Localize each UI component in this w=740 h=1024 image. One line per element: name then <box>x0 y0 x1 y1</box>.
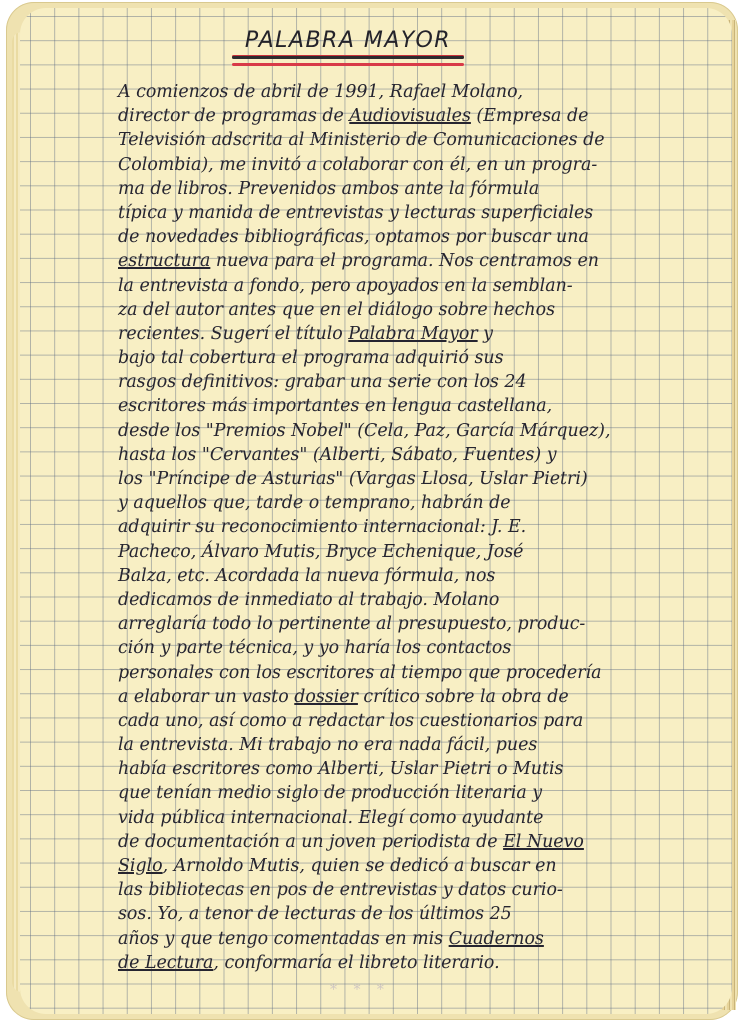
line-text: Televisión adscrita al Ministerio de Com… <box>118 130 605 150</box>
line-text: los "Príncipe de Asturias" (Vargas Llosa… <box>118 469 588 489</box>
line-text: y aquellos que, tarde o temprano, habrán… <box>118 493 511 513</box>
line-text: rasgos definitivos: grabar una serie con… <box>118 372 527 392</box>
line-text: sos. Yo, a tenor de lecturas de los últi… <box>118 904 512 924</box>
line-text: arreglaría todo lo pertinente al presupu… <box>118 614 585 634</box>
text-line: años y que tengo comentadas en mis Cuade… <box>118 927 722 951</box>
line-text: Balza, etc. Acordada la nueva fórmula, n… <box>118 566 495 586</box>
page-title-block: PALABRA MAYOR <box>232 28 464 66</box>
line-text: ma de libros. Prevenidos ambos ante la f… <box>118 179 539 199</box>
line-text: las bibliotecas en pos de entrevistas y … <box>118 880 563 900</box>
text-line: sos. Yo, a tenor de lecturas de los últi… <box>118 902 722 926</box>
line-text: desde los "Premios Nobel" (Cela, Paz, Ga… <box>118 421 611 441</box>
line-text: la entrevista. Mi trabajo no era nada fá… <box>118 735 537 755</box>
line-text: A comienzos de abril de 1991, Rafael Mol… <box>118 82 523 102</box>
line-text: adquirir su reconocimiento internacional… <box>118 517 526 537</box>
page-title: PALABRA MAYOR <box>232 28 464 53</box>
line-text: de novedades bibliográficas, optamos por… <box>118 227 589 247</box>
text-line: hasta los "Cervantes" (Alberti, Sábato, … <box>118 443 722 467</box>
text-line: rasgos definitivos: grabar una serie con… <box>118 370 722 394</box>
line-text: recientes. Sugerí el título <box>118 324 348 344</box>
text-line: Siglo, Arnoldo Mutis, quien se dedicó a … <box>118 854 722 878</box>
line-text: de documentación a un joven periodista d… <box>118 832 503 852</box>
underlined-text: Audiovisuales <box>349 106 471 126</box>
text-line: los "Príncipe de Asturias" (Vargas Llosa… <box>118 467 722 491</box>
text-line: de documentación a un joven periodista d… <box>118 830 722 854</box>
line-text: escritores más importantes en lengua cas… <box>118 396 552 416</box>
title-underline-black <box>232 56 464 59</box>
text-line: personales con los escritores al tiempo … <box>118 661 722 685</box>
line-text: cada uno, así como a redactar los cuesti… <box>118 711 583 731</box>
text-line: las bibliotecas en pos de entrevistas y … <box>118 878 722 902</box>
text-line: a elaborar un vasto dossier crítico sobr… <box>118 685 722 709</box>
text-line: za del autor antes que en el diálogo sob… <box>118 298 722 322</box>
text-line: que tenían medio siglo de producción lit… <box>118 781 722 805</box>
underlined-text: Cuadernos <box>449 929 544 949</box>
text-line: vida pública internacional. Elegí como a… <box>118 806 722 830</box>
line-text: hasta los "Cervantes" (Alberti, Sábato, … <box>118 445 557 465</box>
underlined-text: Palabra Mayor <box>348 324 477 344</box>
text-line: la entrevista. Mi trabajo no era nada fá… <box>118 733 722 757</box>
line-text: , Arnoldo Mutis, quien se dedicó a busca… <box>163 856 557 876</box>
underlined-text: estructura <box>118 251 210 271</box>
title-underline-red <box>232 63 464 66</box>
line-text: típica y manida de entrevistas y lectura… <box>118 203 593 223</box>
text-line: Colombia), me invitó a colaborar con él,… <box>118 153 722 177</box>
text-line: dedicamos de inmediato al trabajo. Molan… <box>118 588 722 612</box>
line-text: la entrevista a fondo, pero apoyados en … <box>118 276 573 296</box>
text-line: ma de libros. Prevenidos ambos ante la f… <box>118 177 722 201</box>
text-line: la entrevista a fondo, pero apoyados en … <box>118 274 722 298</box>
text-line: bajo tal cobertura el programa adquirió … <box>118 346 722 370</box>
line-text: ción y parte técnica, y yo haría los con… <box>118 638 511 658</box>
text-line: de novedades bibliográficas, optamos por… <box>118 225 722 249</box>
line-text: nueva para el programa. Nos centramos en <box>210 251 599 271</box>
line-text: Pacheco, Álvaro Mutis, Bryce Echenique, … <box>118 542 523 562</box>
text-line: director de programas de Audiovisuales (… <box>118 104 722 128</box>
text-line: Balza, etc. Acordada la nueva fórmula, n… <box>118 564 722 588</box>
footer-marks: * * * <box>330 982 390 998</box>
line-text: vida pública internacional. Elegí como a… <box>118 808 543 828</box>
text-line: Pacheco, Álvaro Mutis, Bryce Echenique, … <box>118 540 722 564</box>
line-text: bajo tal cobertura el programa adquirió … <box>118 348 504 368</box>
line-text: años y que tengo comentadas en mis <box>118 929 449 949</box>
line-text: personales con los escritores al tiempo … <box>118 663 601 683</box>
line-text: y <box>478 324 493 344</box>
line-text: director de programas de <box>118 106 349 126</box>
line-text: (Empresa de <box>471 106 588 126</box>
text-line: A comienzos de abril de 1991, Rafael Mol… <box>118 80 722 104</box>
text-line: y aquellos que, tarde o temprano, habrán… <box>118 491 722 515</box>
line-text: a elaborar un vasto <box>118 687 294 707</box>
line-text: za del autor antes que en el diálogo sob… <box>118 300 555 320</box>
line-text: crítico sobre la obra de <box>358 687 569 707</box>
line-text: Colombia), me invitó a colaborar con él,… <box>118 155 597 175</box>
line-text: había escritores como Alberti, Uslar Pie… <box>118 759 563 779</box>
text-line: recientes. Sugerí el título Palabra Mayo… <box>118 322 722 346</box>
text-line: Televisión adscrita al Ministerio de Com… <box>118 128 722 152</box>
underlined-text: de Lectura <box>118 953 213 973</box>
text-line: había escritores como Alberti, Uslar Pie… <box>118 757 722 781</box>
underlined-text: El Nuevo <box>503 832 584 852</box>
text-line: cada uno, así como a redactar los cuesti… <box>118 709 722 733</box>
text-line: desde los "Premios Nobel" (Cela, Paz, Ga… <box>118 419 722 443</box>
text-line: típica y manida de entrevistas y lectura… <box>118 201 722 225</box>
line-text: que tenían medio siglo de producción lit… <box>118 783 542 803</box>
text-line: arreglaría todo lo pertinente al presupu… <box>118 612 722 636</box>
underlined-text: Siglo <box>118 856 163 876</box>
text-line: estructura nueva para el programa. Nos c… <box>118 249 722 273</box>
line-text: dedicamos de inmediato al trabajo. Molan… <box>118 590 499 610</box>
handwritten-paragraph: A comienzos de abril de 1991, Rafael Mol… <box>118 80 722 975</box>
text-line: escritores más importantes en lengua cas… <box>118 394 722 418</box>
line-text: , conformaría el libreto literario. <box>213 953 499 973</box>
text-line: de Lectura, conformaría el libreto liter… <box>118 951 722 975</box>
text-line: ción y parte técnica, y yo haría los con… <box>118 636 722 660</box>
underlined-text: dossier <box>294 687 358 707</box>
text-line: adquirir su reconocimiento internacional… <box>118 515 722 539</box>
